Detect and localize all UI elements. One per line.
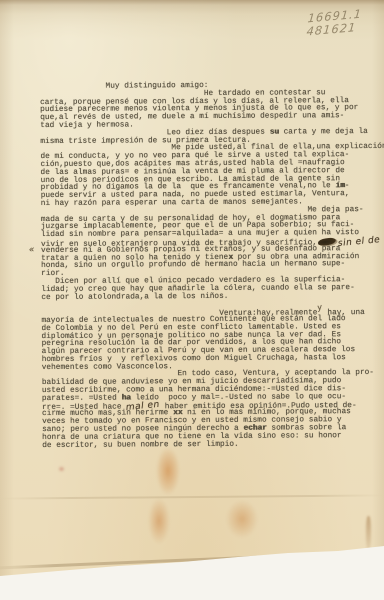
rust-stain (156, 447, 180, 495)
handwritten-annotation: « (29, 247, 36, 255)
typed-text: tad vieja y hermosa. (40, 121, 134, 130)
typed-line: de escritor, su buen nombre de ser limpi… (42, 441, 378, 451)
red-speck (58, 466, 65, 472)
typed-text: carta y me deja la (279, 128, 368, 137)
typed-text: de escritor, su buen nombre de ser limpi… (42, 440, 239, 449)
edge-streak (366, 516, 371, 550)
typed-text: parates=. =Usted (42, 394, 122, 402)
typed-text: leído poco y mal=.-Usted no sabe lo que … (131, 393, 346, 402)
typed-text: vehementes como Vasconcelos. (42, 363, 173, 372)
typed-text: Muy distinguido amigo: (105, 82, 208, 91)
letter-body: Muy distinguido amigo:He tardado en cont… (40, 82, 378, 450)
rust-stain (148, 498, 170, 544)
paper-crease (0, 494, 384, 499)
catalog-numbers: 16691.1 481621 (306, 7, 363, 38)
torn-edge-shadow (0, 549, 384, 570)
rust-stain (226, 500, 258, 538)
typed-text: ce por lo atolondrada,a la de los niños. (41, 292, 228, 301)
letter-paper: 16691.1 481621 Muy distinguido amigo:He … (0, 0, 384, 600)
overstruck-text: su (270, 128, 279, 136)
catalog-number-2: 481621 (306, 21, 362, 39)
overstruck-text: ha (121, 394, 130, 402)
